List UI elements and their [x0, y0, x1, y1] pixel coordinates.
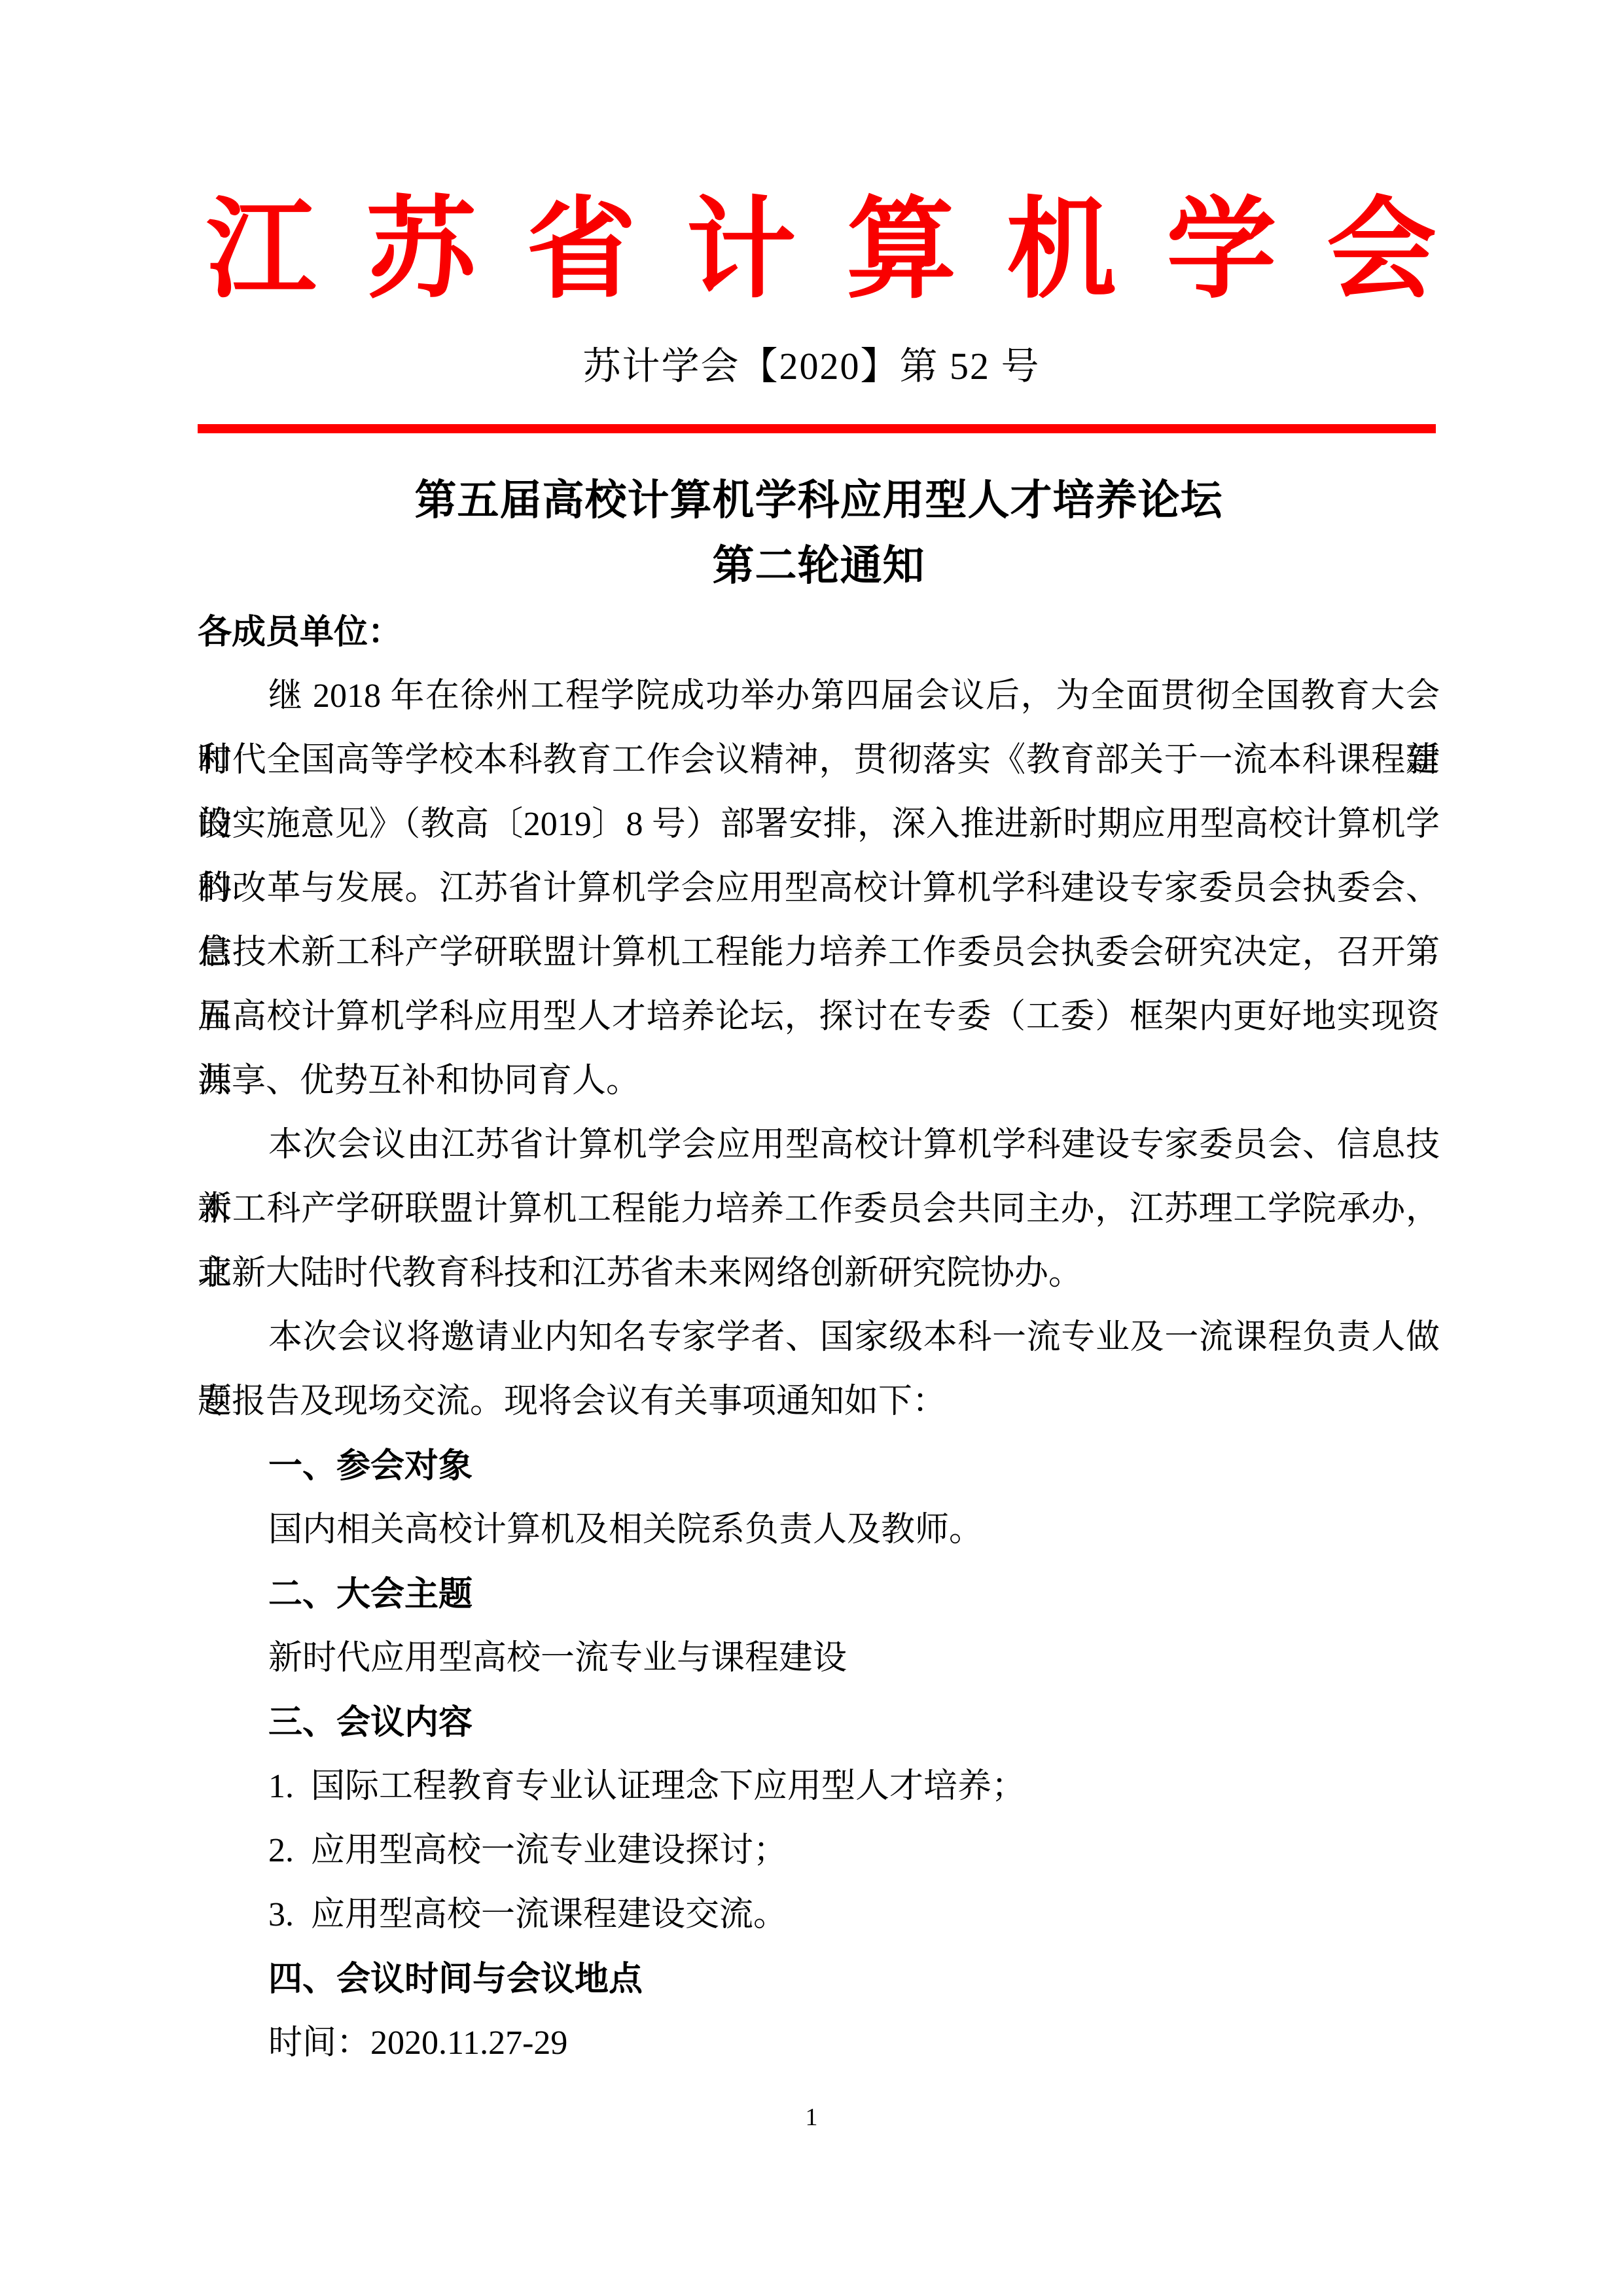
body-line-5: 的改革与发展。江苏省计算机学会应用型高校计算机学科建设专家委员会执委会、信 — [198, 857, 1440, 921]
body-line-18: 三、会议内容 — [198, 1691, 1440, 1755]
body-line-21: 3. 应用型高校一流课程建设交流。 — [198, 1883, 1440, 1947]
body-line-9: 本次会议由江苏省计算机学会应用型高校计算机学科建设专家委员会、信息技术 — [198, 1113, 1440, 1177]
body-line-16: 二、大会主题 — [198, 1562, 1440, 1626]
document-title-line-2: 第二轮通知 — [198, 533, 1440, 599]
body-line-3: 时代全国高等学校本科教育工作会议精神，贯彻落实《教育部关于一流本科课程建设 — [198, 728, 1440, 793]
body-line-19: 1. 国际工程教育专业认证理念下应用型人才培养； — [198, 1755, 1440, 1819]
body-line-12: 本次会议将邀请业内知名专家学者、国家级本科一流专业及一流课程负责人做专 — [198, 1306, 1440, 1370]
body-line-11: 京新大陆时代教育科技和江苏省未来网络创新研究院协办。 — [198, 1242, 1440, 1306]
org-name-char: 计 — [687, 188, 796, 313]
body-line-1: 各成员单位： — [198, 600, 1440, 664]
body-line-6: 息技术新工科产学研联盟计算机工程能力培养工作委员会执委会研究决定，召开第五 — [198, 921, 1440, 985]
body-line-10: 新工科产学研联盟计算机工程能力培养工作委员会共同主办，江苏理工学院承办，北 — [198, 1177, 1440, 1242]
letterhead-divider-rule — [198, 424, 1436, 433]
document-page: 江苏省计算机学会 苏计学会【2020】第 52 号 第五届高校计算机学科应用型人… — [0, 0, 1623, 2296]
document-title-line-1: 第五届高校计算机学科应用型人才培养论坛 — [198, 468, 1440, 533]
org-name-char: 算 — [846, 188, 956, 313]
body-line-14: 一、参会对象 — [198, 1434, 1440, 1498]
org-name-char: 苏 — [366, 188, 476, 313]
org-name-char: 机 — [1007, 188, 1116, 313]
body-line-20: 2. 应用型高校一流专业建设探讨； — [198, 1819, 1440, 1883]
page-number: 1 — [0, 2098, 1623, 2137]
body-line-15: 国内相关高校计算机及相关院系负责人及教师。 — [198, 1498, 1440, 1562]
letterhead-org-name: 江苏省计算机学会 — [206, 188, 1436, 313]
body-line-22: 四、会议时间与会议地点 — [198, 1947, 1440, 2011]
body-line-8: 共享、优势互补和协同育人。 — [198, 1049, 1440, 1113]
body-line-17: 新时代应用型高校一流专业与课程建设 — [198, 1626, 1440, 1691]
org-name-char: 会 — [1327, 188, 1436, 313]
org-name-char: 省 — [526, 188, 636, 313]
body-line-2: 继 2018 年在徐州工程学院成功举办第四届会议后，为全面贯彻全国教育大会和新 — [198, 664, 1440, 728]
body-line-7: 届高校计算机学科应用型人才培养论坛，探讨在专委（工委）框架内更好地实现资源 — [198, 985, 1440, 1049]
body-line-13: 题报告及现场交流。现将会议有关事项通知如下： — [198, 1370, 1440, 1434]
body-line-23: 时间：2020.11.27-29 — [198, 2011, 1440, 2075]
org-name-char: 学 — [1166, 188, 1276, 313]
body-line-4: 的实施意见》（教高〔2019〕8 号）部署安排，深入推进新时期应用型高校计算机学… — [198, 793, 1440, 857]
org-name-char: 江 — [206, 188, 316, 313]
document-body: 第五届高校计算机学科应用型人才培养论坛 第二轮通知 各成员单位：继 2018 年… — [198, 468, 1440, 2075]
document-number: 苏计学会【2020】第 52 号 — [0, 340, 1623, 393]
body-text-lines: 各成员单位：继 2018 年在徐州工程学院成功举办第四届会议后，为全面贯彻全国教… — [198, 600, 1440, 2075]
